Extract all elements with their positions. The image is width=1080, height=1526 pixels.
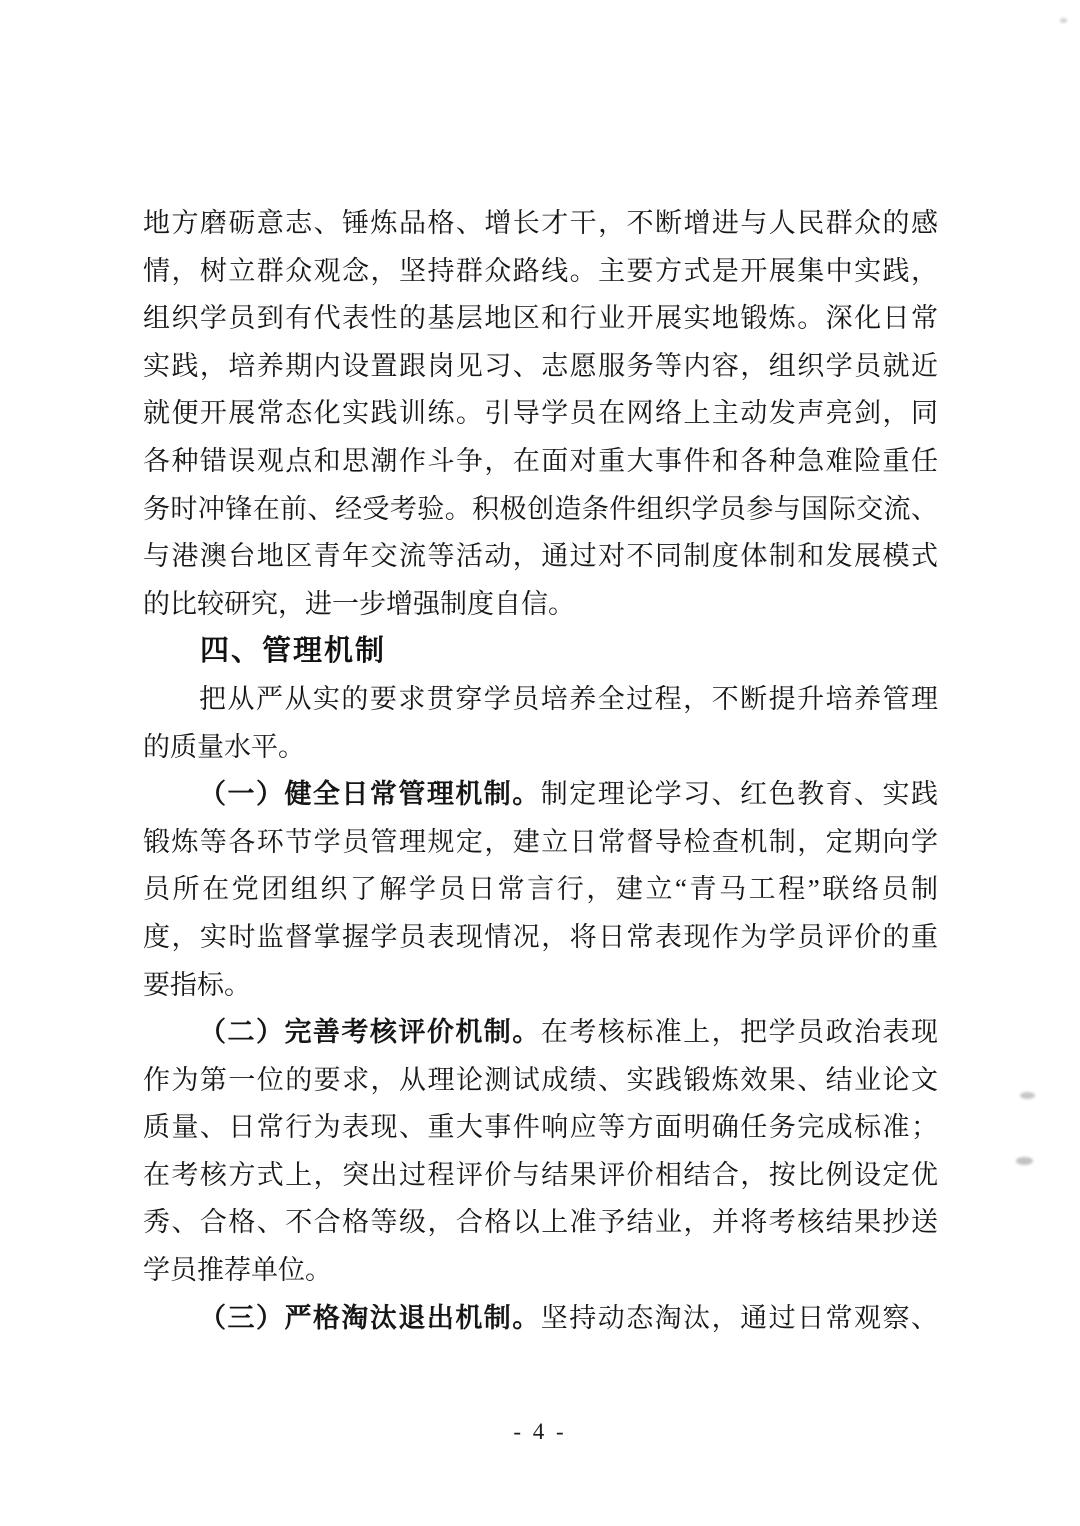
- text-line: 的比较研究，进一步增强制度自信。: [143, 581, 938, 629]
- text-line: 与港澳台地区青年交流等活动，通过对不同制度体制和发展模式: [143, 533, 938, 581]
- text-line: 作为第一位的要求，从理论测试成绩、实践锻炼效果、结业论文: [143, 1057, 938, 1105]
- paragraph-text: 在考核标准上，把学员政治表现: [541, 1017, 938, 1047]
- text-line: 度，实时监督掌握学员表现情况，将日常表现作为学员评价的重: [143, 914, 938, 962]
- scan-artifact: [1060, 18, 1067, 23]
- text-line: 学员推荐单位。: [143, 1247, 938, 1295]
- text-line: 各种错误观点和思潮作斗争，在面对重大事件和各种急难险重任: [143, 438, 938, 486]
- paragraph-text: 坚持动态淘汰，通过日常观察、: [541, 1303, 938, 1333]
- text-line: 把从严从实的要求贯穿学员培养全过程，不断提升培养管理: [143, 676, 938, 724]
- text-line: （一）健全日常管理机制。制定理论学习、红色教育、实践: [143, 771, 938, 819]
- text-line: 质量、日常行为表现、重大事件响应等方面明确任务完成标准；: [143, 1104, 938, 1152]
- text-line: 就便开展常态化实践训练。引导学员在网络上主动发声亮剑，同: [143, 390, 938, 438]
- text-line: 实践，培养期内设置跟岗见习、志愿服务等内容，组织学员就近: [143, 343, 938, 391]
- document-body: 地方磨砺意志、锤炼品格、增长才干，不断增进与人民群众的感 情，树立群众观念，坚持…: [143, 200, 938, 1342]
- text-line: （二）完善考核评价机制。在考核标准上，把学员政治表现: [143, 1009, 938, 1057]
- section-heading: 四、管理机制: [143, 628, 938, 676]
- text-line: 员所在党团组织了解学员日常言行，建立“青马工程”联络员制: [143, 866, 938, 914]
- text-line: 组织学员到有代表性的基层地区和行业开展实地锻炼。深化日常: [143, 295, 938, 343]
- text-line: 情，树立群众观念，坚持群众路线。主要方式是开展集中实践，: [143, 248, 938, 296]
- scan-artifact: [1016, 1157, 1033, 1165]
- text-line: 务时冲锋在前、经受考验。积极创造条件组织学员参与国际交流、: [143, 486, 938, 534]
- scan-artifact: [1020, 1092, 1035, 1099]
- text-line: 在考核方式上，突出过程评价与结果评价相结合，按比例设定优: [143, 1152, 938, 1200]
- paragraph-text: 制定理论学习、红色教育、实践: [541, 779, 938, 809]
- document-page: 地方磨砺意志、锤炼品格、增长才干，不断增进与人民群众的感 情，树立群众观念，坚持…: [0, 0, 1080, 1526]
- paragraph-lead: （三）严格淘汰退出机制。: [199, 1303, 541, 1333]
- text-line: 的质量水平。: [143, 724, 938, 772]
- paragraph-lead: （一）健全日常管理机制。: [199, 779, 541, 809]
- text-line: 要指标。: [143, 962, 938, 1010]
- text-line: （三）严格淘汰退出机制。坚持动态淘汰，通过日常观察、: [143, 1295, 938, 1343]
- text-line: 地方磨砺意志、锤炼品格、增长才干，不断增进与人民群众的感: [143, 200, 938, 248]
- text-line: 锻炼等各环节学员管理规定，建立日常督导检查机制，定期向学: [143, 819, 938, 867]
- text-line: 秀、合格、不合格等级，合格以上准予结业，并将考核结果抄送: [143, 1199, 938, 1247]
- paragraph-lead: （二）完善考核评价机制。: [199, 1017, 541, 1047]
- page-number: - 4 -: [0, 1419, 1080, 1445]
